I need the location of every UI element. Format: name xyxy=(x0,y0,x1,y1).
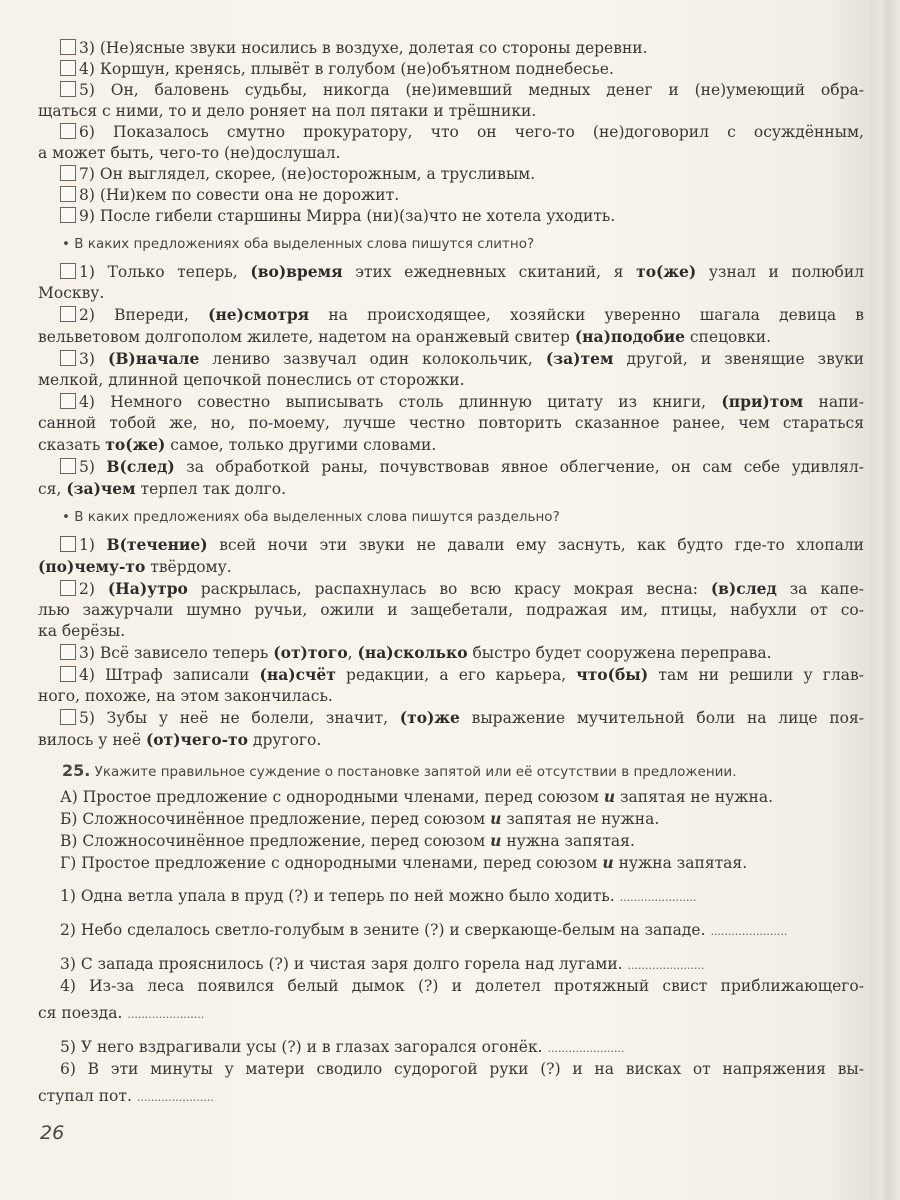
list-item: 3) (Не)ясные звуки носились в воздухе, д… xyxy=(38,38,864,59)
list-item: 4) Немного совестно выписывать столь дли… xyxy=(38,391,864,413)
page-content: 3) (Не)ясные звуки носились в воздухе, д… xyxy=(38,38,864,1108)
item-continuation: лью зажурчали шумно ручьи, ожили и защеб… xyxy=(38,600,864,621)
text: всей ночи эти звуки не давали ему заснут… xyxy=(208,536,864,554)
list-item: 2) Впереди, (не)смотря на происходящее, … xyxy=(38,304,864,326)
item-number: 3) xyxy=(79,644,95,662)
highlighted-word: (то)же xyxy=(400,708,460,727)
item-text: После гибели старшины Мирра (ни)(за)что … xyxy=(100,207,615,225)
text: за капе- xyxy=(777,580,864,598)
answer-blank[interactable]: ...................... xyxy=(137,1091,214,1104)
checkbox[interactable] xyxy=(60,123,76,139)
exercise-block-ne-ni: 3) (Не)ясные звуки носились в воздухе, д… xyxy=(38,38,864,227)
item-text: Он, баловень судьбы, никогда (не)имевший… xyxy=(111,81,864,99)
text: Впереди, xyxy=(114,306,208,324)
checkbox[interactable] xyxy=(60,60,76,76)
checkbox[interactable] xyxy=(60,580,76,596)
sentence: 4) Из-за леса появился белый дымок (?) и… xyxy=(38,976,864,997)
checkbox[interactable] xyxy=(60,350,76,366)
text: 5) У него вздрагивали усы (?) и в глазах… xyxy=(60,1038,543,1056)
checkbox[interactable] xyxy=(60,644,76,660)
item-number: 9) xyxy=(79,207,95,225)
text: ся поезда. xyxy=(38,1004,122,1022)
question-separate: • В каких предложениях оба выделенных сл… xyxy=(38,507,864,528)
text: спецовки. xyxy=(685,328,771,346)
item-number: 8) xyxy=(79,186,95,204)
item-text: Он выглядел, скорее, (не)осторожным, а т… xyxy=(100,165,535,183)
text: , xyxy=(348,644,358,662)
checkbox[interactable] xyxy=(60,709,76,725)
answer-option: Г) Простое предложение с однородными чле… xyxy=(38,852,864,874)
text: Б) Сложносочинённое предложение, перед с… xyxy=(60,810,490,828)
text: там ни решили у глав- xyxy=(648,666,864,684)
highlighted-word: (на)подобие xyxy=(575,327,685,346)
text: раскрылась, распахнулась во всю красу мо… xyxy=(188,580,711,598)
task-25: 25. Укажите правильное суждение о постан… xyxy=(38,760,864,1108)
answer-blank[interactable]: ...................... xyxy=(628,959,705,972)
text: Г) Простое предложение с однородными чле… xyxy=(60,854,602,872)
checkbox[interactable] xyxy=(60,458,76,474)
text: Немного совестно выписывать столь длинну… xyxy=(110,393,721,411)
page-fold-shadow xyxy=(880,0,900,1200)
text: нужна запятая. xyxy=(614,854,747,872)
highlighted-word: что(бы) xyxy=(576,665,648,684)
item-number: 2) xyxy=(79,580,95,598)
list-item: 3) Всё зависело теперь (от)того, (на)ско… xyxy=(38,642,864,664)
item-continuation: (по)чему-то твёрдому. xyxy=(38,556,864,578)
item-number: 5) xyxy=(79,458,95,476)
highlighted-word: (на)сколько xyxy=(358,643,468,662)
item-continuation: сказать то(же) самое, только другими сло… xyxy=(38,434,864,456)
highlighted-word: (не)смотря xyxy=(208,305,309,324)
checkbox[interactable] xyxy=(60,536,76,552)
text: напи- xyxy=(803,393,864,411)
sentence-continuation: ступал пот. ...................... xyxy=(38,1086,864,1108)
list-item: 2) (На)утро раскрылась, распахнулась во … xyxy=(38,578,864,600)
highlighted-word: В(след) xyxy=(106,457,174,476)
text: другого. xyxy=(248,731,321,749)
sentence: 1) Одна ветла упала в пруд (?) и теперь … xyxy=(38,886,864,908)
text: на происходящее, хозяйски уверенно шагал… xyxy=(309,306,864,324)
page-number: 26 xyxy=(40,1122,64,1144)
conjunction: и xyxy=(604,787,615,806)
checkbox[interactable] xyxy=(60,207,76,223)
item-continuation: ся, (за)чем терпел так долго. xyxy=(38,478,864,500)
text: В) Сложносочинённое предложение, перед с… xyxy=(60,832,490,850)
sentence: 5) У него вздрагивали усы (?) и в глазах… xyxy=(38,1037,864,1059)
highlighted-word: (от)того xyxy=(273,643,347,662)
exercise-block-separate: 1) В(течение) всей ночи эти звуки не дав… xyxy=(38,534,864,751)
checkbox[interactable] xyxy=(60,39,76,55)
checkbox[interactable] xyxy=(60,666,76,682)
question-together: • В каких предложениях оба выделенных сл… xyxy=(38,234,864,255)
item-number: 3) xyxy=(79,350,95,368)
item-text: Показалось смутно прокуратору, что он че… xyxy=(113,123,864,141)
highlighted-word: (по)чему-то xyxy=(38,557,145,576)
text: 4) Из-за леса появился белый дымок (?) и… xyxy=(60,977,864,995)
text: А) Простое предложение с однородными чле… xyxy=(60,788,604,806)
list-item: 1) Только теперь, (во)время этих ежеднев… xyxy=(38,261,864,283)
sentence: 3) С запада прояснилось (?) и чистая зар… xyxy=(38,954,864,976)
highlighted-word: (за)чем xyxy=(66,479,135,498)
text: ся, xyxy=(38,480,66,498)
text: запятая не нужна. xyxy=(615,788,773,806)
text: ступал пот. xyxy=(38,1087,132,1105)
task-number: 25. xyxy=(62,761,90,780)
item-text: (Не)ясные звуки носились в воздухе, доле… xyxy=(100,39,648,57)
text: вилось у неё xyxy=(38,731,146,749)
text: другой, и звенящие звуки xyxy=(613,350,864,368)
highlighted-word: то(же) xyxy=(636,262,696,281)
answer-blank[interactable]: ...................... xyxy=(548,1042,625,1055)
checkbox[interactable] xyxy=(60,393,76,409)
highlighted-word: (от)чего-то xyxy=(146,730,248,749)
text: Штраф записали xyxy=(105,666,259,684)
item-text: (Ни)кем по совести она не дорожит. xyxy=(100,186,399,204)
text: 2) Небо сделалось светло-голубым в зенит… xyxy=(60,921,706,939)
book-page: 3) (Не)ясные звуки носились в воздухе, д… xyxy=(0,0,900,1200)
text: Только теперь, xyxy=(108,263,251,281)
item-number: 5) xyxy=(79,709,95,727)
highlighted-word: В(течение) xyxy=(106,535,207,554)
list-item: 5) Он, баловень судьбы, никогда (не)имев… xyxy=(38,80,864,101)
list-item: 4) Коршун, кренясь, плывёт в голубом (не… xyxy=(38,59,864,80)
answer-blank[interactable]: ...................... xyxy=(620,891,697,904)
text: сказать xyxy=(38,436,105,454)
checkbox[interactable] xyxy=(60,165,76,181)
text: редакции, а его карьера, xyxy=(336,666,577,684)
item-number: 3) xyxy=(79,39,95,57)
text: за обработкой раны, почувствовав явное о… xyxy=(175,458,864,476)
text: терпел так долго. xyxy=(136,480,286,498)
item-number: 4) xyxy=(79,666,95,684)
item-number: 1) xyxy=(79,536,95,554)
text: запятая не нужна. xyxy=(501,810,659,828)
text: этих ежедневных скитаний, я xyxy=(343,263,637,281)
text: быстро будет сооружена переправа. xyxy=(468,644,772,662)
highlighted-word: (во)время xyxy=(250,262,342,281)
item-number: 1) xyxy=(79,263,95,281)
item-continuation: мелкой, длинной цепочкой понеслись от ст… xyxy=(38,370,864,391)
text: самое, только другими словами. xyxy=(165,436,436,454)
answer-option: Б) Сложносочинённое предложение, перед с… xyxy=(38,808,864,830)
task-instruction: 25. Укажите правильное суждение о постан… xyxy=(38,760,864,783)
item-continuation: ка берёзы. xyxy=(38,621,864,642)
sentences: 1) Одна ветла упала в пруд (?) и теперь … xyxy=(38,886,864,1108)
item-continuation: а может быть, чего-то (не)дослушал. xyxy=(38,143,864,164)
highlighted-word: (На)утро xyxy=(108,579,188,598)
highlighted-word: (на)счёт xyxy=(260,665,336,684)
answer-blank[interactable]: ...................... xyxy=(710,925,787,938)
text: Зубы у неё не болели, значит, xyxy=(107,709,400,727)
list-item: 8) (Ни)кем по совести она не дорожит. xyxy=(38,185,864,206)
item-number: 7) xyxy=(79,165,95,183)
highlighted-word: (в)след xyxy=(711,579,777,598)
item-continuation: вилось у неё (от)чего-то другого. xyxy=(38,729,864,751)
highlighted-word: (при)том xyxy=(721,392,803,411)
answer-options: А) Простое предложение с однородными чле… xyxy=(38,786,864,874)
text: выражение мучительной боли на лице поя- xyxy=(460,709,864,727)
conjunction: и xyxy=(490,809,501,828)
item-number: 6) xyxy=(79,123,95,141)
text: 3) С запада прояснилось (?) и чистая зар… xyxy=(60,955,623,973)
item-continuation: Москву. xyxy=(38,283,864,304)
highlighted-word: (В)начале xyxy=(108,349,199,368)
text: узнал и полюбил xyxy=(696,263,864,281)
item-number: 4) xyxy=(79,60,95,78)
sentence: 2) Небо сделалось светло-голубым в зенит… xyxy=(38,920,864,942)
conjunction: и xyxy=(602,853,613,872)
text: лениво зазвучал один колокольчик, xyxy=(199,350,546,368)
item-number: 5) xyxy=(79,81,95,99)
checkbox[interactable] xyxy=(60,186,76,202)
conjunction: и xyxy=(490,831,501,850)
checkbox[interactable] xyxy=(60,306,76,322)
highlighted-word: то(же) xyxy=(105,435,165,454)
text: Всё зависело теперь xyxy=(100,644,273,662)
highlighted-word: (за)тем xyxy=(546,349,614,368)
item-text: Коршун, кренясь, плывёт в голубом (не)об… xyxy=(100,60,614,78)
list-item: 7) Он выглядел, скорее, (не)осторожным, … xyxy=(38,164,864,185)
item-continuation: санной тобой же, но, по-моему, лучше чес… xyxy=(38,413,864,434)
answer-option: А) Простое предложение с однородными чле… xyxy=(38,786,864,808)
list-item: 1) В(течение) всей ночи эти звуки не дав… xyxy=(38,534,864,556)
list-item: 3) (В)начале лениво зазвучал один колоко… xyxy=(38,348,864,370)
checkbox[interactable] xyxy=(60,81,76,97)
text: 6) В эти минуты у матери сводило судорог… xyxy=(60,1060,864,1078)
list-item: 6) Показалось смутно прокуратору, что он… xyxy=(38,122,864,143)
item-continuation: ного, похоже, на этом закончилась. xyxy=(38,686,864,707)
answer-blank[interactable]: ...................... xyxy=(127,1008,204,1021)
sentence-continuation: ся поезда. ...................... xyxy=(38,1003,864,1025)
item-number: 2) xyxy=(79,306,95,324)
checkbox[interactable] xyxy=(60,263,76,279)
list-item: 5) В(след) за обработкой раны, почувство… xyxy=(38,456,864,478)
text: вельветовом долгополом жилете, надетом н… xyxy=(38,328,575,346)
list-item: 4) Штраф записали (на)счёт редакции, а е… xyxy=(38,664,864,686)
text: нужна запятая. xyxy=(501,832,634,850)
answer-option: В) Сложносочинённое предложение, перед с… xyxy=(38,830,864,852)
sentence: 6) В эти минуты у матери сводило судорог… xyxy=(38,1059,864,1080)
item-number: 4) xyxy=(79,393,95,411)
list-item: 9) После гибели старшины Мирра (ни)(за)ч… xyxy=(38,206,864,227)
list-item: 5) Зубы у неё не болели, значит, (то)же … xyxy=(38,707,864,729)
text: 1) Одна ветла упала в пруд (?) и теперь … xyxy=(60,887,615,905)
item-continuation: вельветовом долгополом жилете, надетом н… xyxy=(38,326,864,348)
instruction-text: Укажите правильное суждение о постановке… xyxy=(95,764,737,780)
item-continuation: щаться с ними, то и дело роняет на пол п… xyxy=(38,101,864,122)
text: твёрдому. xyxy=(145,558,231,576)
exercise-block-together: 1) Только теперь, (во)время этих ежеднев… xyxy=(38,261,864,500)
